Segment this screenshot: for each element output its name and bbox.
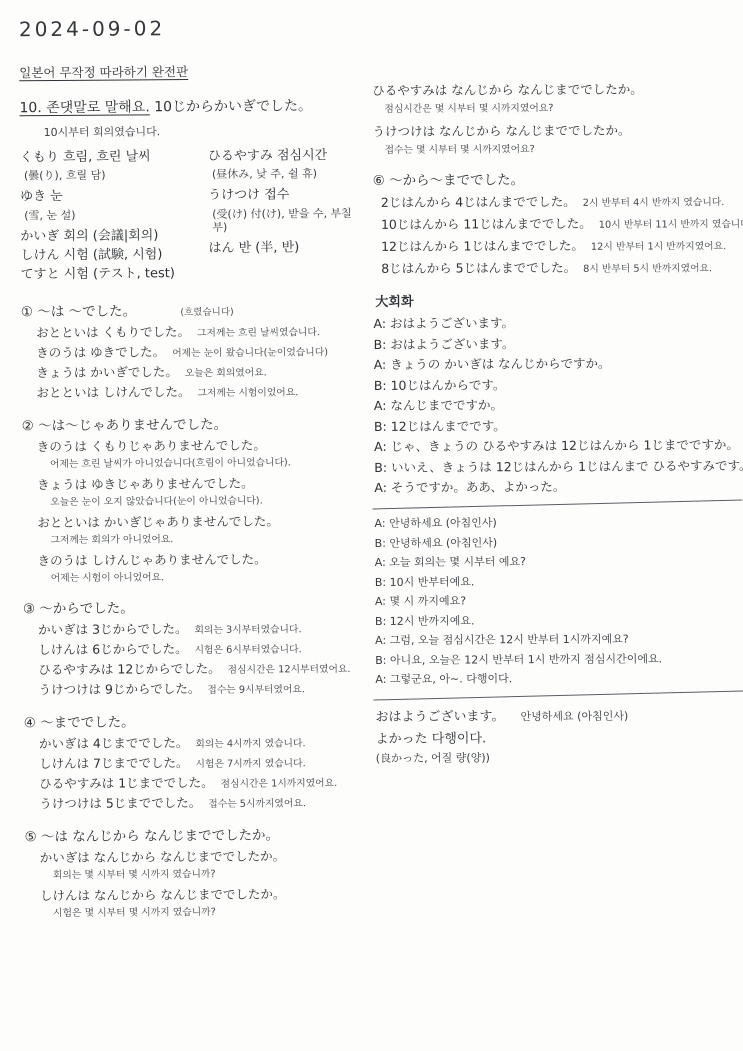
jp-sentence: しけんは 6じからでした。: [38, 639, 187, 658]
jp-sentence: きのうは しけんじゃありませんでした。: [38, 548, 371, 568]
jp-sentence: かいぎは 3じからでした。: [38, 619, 187, 638]
jp-sentence: きょうは かいぎでした。: [36, 362, 178, 381]
ko-translation: 점심시간은 몇 시부터 몇 시까지였어요?: [384, 99, 734, 115]
vocab-word: うけつけ 접수: [208, 187, 368, 204]
vocab-note: (昼休み, 낮 주, 쉴 휴): [212, 167, 368, 181]
jp-sentence: ひるやすみは 12じからでした。: [38, 658, 220, 677]
ko-translation: 접수는 몇 시부터 몇 시까지였어요?: [385, 140, 735, 156]
divider-line: [372, 499, 742, 509]
vocab-note: (受(け) 付(け), 받을 수, 부칠 부): [212, 206, 368, 233]
example-line: うけつけは 9じからでした。 접수는 9시부터였어요.: [38, 677, 371, 697]
ko-translation: 접수는 5시까지였어요.: [208, 795, 306, 810]
ko-translation: 어제는 눈이 왔습니다(눈이었습니다): [172, 344, 328, 359]
jp-sentence: きょうは ゆきじゃありませんでした。: [37, 472, 370, 492]
vocab-word: ひるやすみ 점심시간: [208, 148, 368, 165]
example-line: おとといは くもりでした。 그저께는 흐린 날씨였습니다.: [36, 320, 369, 340]
dialogue-line: B: おはようございます。: [374, 333, 736, 353]
jp-sentence: うけつけは 9じからでした。: [38, 679, 200, 698]
jp-sentence: おとといは かいぎじゃありませんでした。: [37, 510, 370, 530]
jp-sentence: ひるやすみは なんじから なんじまででしたか。: [372, 79, 734, 99]
ko-translation: 시험은 6시부터였습니다.: [195, 641, 302, 656]
jp-sentence: うけつけは 5じまででした。: [39, 793, 201, 812]
vocabulary-block: くもり 흐림, 흐린 날씨 (曇(り), 흐릴 담) ゆき 눈 (雪, 눈 설)…: [20, 148, 369, 287]
vocab-word: くもり 흐림, 흐린 날씨: [20, 149, 198, 166]
dialogue-line: A: きょうの かいぎは なんじからですか。: [374, 353, 736, 373]
ko-translation: 오늘은 회의였어요.: [185, 364, 267, 379]
example-line: うけつけは 5じまででした。 접수는 5시까지였어요.: [39, 791, 372, 811]
section-5-continued: ひるやすみは なんじから なんじまででしたか。 점심시간은 몇 시부터 몇 시까…: [372, 79, 734, 156]
dialogue-line: A: 그럼, 오늘 점심시간은 12시 반부터 1시까지예요?: [375, 630, 737, 648]
ko-translation: 시험은 몇 시부터 몇 시까지 였습니까?: [53, 902, 373, 918]
dialogue-line: B: 안녕하세요 (아침인사): [375, 533, 737, 551]
lesson-title-japanese: 10じからかいぎでした。: [154, 98, 312, 115]
divider-line: [373, 690, 743, 700]
ko-translation: 접수는 9시부터였어요.: [207, 681, 305, 696]
ko-translation: 8시 반부터 5시 반까지였어요.: [583, 260, 712, 275]
ko-translation: 어제는 흐린 날씨가 아니었습니다(흐림이 아니었습니다).: [50, 453, 370, 469]
section-1-title: ① ～は ～でした。 (흐렸습니다): [21, 297, 369, 319]
section-4-title: ④ ～まででした。: [24, 708, 372, 730]
example-line: おとといは しけんでした。 그저께는 시험이었어요.: [36, 380, 369, 400]
dialogue-line: A: そうですか。ああ、よかった。: [374, 476, 736, 496]
example-line: 2じはんから 4じはんまででした。 2시 반부터 4시 반까지 였습니다.: [381, 191, 735, 211]
dialogue-line: B: いいえ、きょうは 12じはんから 1じはんまで ひるやすみです。: [374, 456, 736, 476]
ko-translation: 회의는 3시부터였습니다.: [194, 621, 301, 636]
example-line: 8じはんから 5じはんまででした。 8시 반부터 5시 반까지였어요.: [381, 257, 735, 277]
vocab-word: ゆき 눈: [20, 188, 198, 205]
dialogue-line: B: 12じはんまでです。: [374, 415, 736, 435]
dialogue-line: A: 오늘 회의는 몇 시부터 예요?: [375, 552, 737, 570]
vocab-list-left: くもり 흐림, 흐린 날씨 (曇(り), 흐릴 담) ゆき 눈 (雪, 눈 설)…: [20, 149, 199, 287]
ko-translation: 어제는 시험이 아니었어요.: [51, 567, 371, 583]
section-1-annotation: (흐렸습니다): [180, 306, 233, 317]
footer-line: (良かった, 어질 량(양)): [376, 748, 738, 766]
footer-line: おはようございます。 안녕하세요 (아침인사): [375, 704, 737, 725]
dialogue-line: A: じゃ、きょうの ひるやすみは 12じはんから 1じまでですか。: [374, 435, 736, 455]
hanja-note: (良かった, 어질 량(양)): [376, 749, 490, 766]
jp-sentence: きのうは くもりじゃありませんでした。: [37, 434, 370, 454]
example-line: きのうは ゆきでした。 어제는 눈이 왔습니다(눈이었습니다): [36, 340, 369, 360]
example-line: きょうは かいぎでした。 오늘은 회의였어요.: [36, 360, 369, 380]
section-6-from-until: ⑥ ～から～まででした。 2じはんから 4じはんまででした。 2시 반부터 4시…: [373, 167, 736, 277]
dialogue-japanese: A: おはようございます。 B: おはようございます。 A: きょうの かいぎは…: [373, 312, 736, 496]
vocab-note: (雪, 눈 설): [24, 208, 198, 222]
vocab-word: しけん 시험 (試験, 시험): [20, 247, 198, 264]
ko-translation: 그저께는 흐린 날씨였습니다.: [197, 324, 320, 339]
section-3-from-time: ③ ～からでした。 かいぎは 3じからでした。 회의는 3시부터였습니다. しけ…: [23, 594, 372, 697]
ko-translation: 2시 반부터 4시 반까지 였습니다.: [583, 194, 725, 209]
example-line: ひるやすみは 12じからでした。 점심시간은 12시부터였어요.: [38, 657, 371, 677]
handwritten-note-page: 2024-09-02 일본어 무작정 따라하기 완전판 10. 존댓말로 말해요…: [0, 0, 743, 1051]
ko-translation: 회의는 4시까지 였습니다.: [195, 735, 305, 750]
jp-sentence: しけんは なんじから なんじまででしたか。: [40, 883, 373, 903]
jp-sentence: 2じはんから 4じはんまででした。: [381, 192, 576, 211]
example-line: かいぎは 3じからでした。 회의는 3시부터였습니다.: [38, 617, 371, 637]
dialogue-line: A: 그렇군요, 아~. 다행이다.: [375, 669, 737, 687]
ko-translation: 점심시간은 12시부터였어요.: [228, 661, 351, 676]
ko-translation: 안녕하세요 (아침인사): [520, 708, 628, 725]
jp-phrase: よかった 다행이다.: [376, 727, 487, 747]
example-line: ひるやすみは 1じまででした。 점심시간은 1시까지였어요.: [39, 771, 372, 791]
ko-translation: 10시 반부터 11시 반까지 였습니다.: [599, 216, 743, 231]
footer-line: よかった 다행이다.: [376, 726, 738, 747]
jp-sentence: しけんは 7じまででした。: [39, 753, 189, 772]
dialogue-heading: 大회화: [375, 289, 735, 310]
lesson-title-korean: 10. 존댓말로 말해요.: [19, 99, 149, 116]
dialogue-line: A: おはようございます。: [373, 312, 735, 332]
ko-translation: 오늘은 눈이 오지 않았습니다(눈이 아니었습니다).: [50, 491, 370, 507]
example-line: 12じはんから 1じはんまででした。 12시 반부터 1시 반까지였어요.: [381, 235, 735, 255]
section-2-negative-past: ② ～は～じゃありませんでした。 きのうは くもりじゃありませんでした。 어제는…: [22, 411, 371, 583]
jp-sentence: きのうは ゆきでした。: [36, 342, 165, 361]
dialogue-line: B: 아니요, 오늘은 12시 반부터 1시 반까지 점심시간이에요.: [375, 650, 737, 668]
section-6-title: ⑥ ～から～まででした。: [373, 167, 735, 189]
section-5-question: ⑤ ～は なんじから なんじまででしたか。 かいぎは なんじから なんじまででし…: [24, 822, 373, 918]
section-2-title: ② ～は～じゃありませんでした。: [22, 411, 370, 433]
ko-translation: 점심시간은 1시까지였어요.: [221, 775, 338, 790]
section-3-title: ③ ～からでした。: [23, 594, 371, 616]
section-5-title: ⑤ ～は なんじから なんじまででしたか。: [24, 822, 372, 844]
example-line: しけんは 6じからでした。 시험은 6시부터였습니다.: [38, 637, 371, 657]
jp-sentence: おとといは しけんでした。: [36, 382, 190, 401]
jp-sentence: 8じはんから 5じはんまででした。: [381, 258, 576, 277]
jp-sentence: うけつけは なんじから なんじまででしたか。: [372, 120, 734, 140]
ko-translation: 시험은 7시까지 였습니다.: [195, 755, 305, 770]
dialogue-line: A: 몇 시 까지예요?: [375, 591, 737, 609]
right-column: ひるやすみは なんじから なんじまででしたか。 점심시간은 몇 시부터 몇 시까…: [372, 77, 738, 769]
jp-sentence: ひるやすみは 1じまででした。: [39, 773, 214, 792]
jp-sentence: かいぎは 4じまででした。: [39, 733, 189, 752]
dialogue-korean: A: 안녕하세요 (아침인사) B: 안녕하세요 (아침인사) A: 오늘 회의…: [374, 513, 737, 687]
example-line: 10じはんから 11じはんまででした。 10시 반부터 11시 반까지 였습니다…: [381, 213, 735, 233]
ko-translation: 그저께는 시험이었어요.: [197, 384, 298, 399]
jp-phrase: おはようございます。: [375, 705, 504, 725]
example-line: かいぎは 4じまででした。 회의는 4시까지 였습니다.: [39, 731, 372, 751]
jp-sentence: 12じはんから 1じはんまででした。: [381, 236, 584, 255]
lesson-translation: 10시부터 회의였습니다.: [44, 122, 368, 140]
jp-sentence: かいぎは なんじから なんじまででしたか。: [40, 845, 373, 865]
section-4-until-time: ④ ～まででした。 かいぎは 4じまででした。 회의는 4시까지 였습니다. し…: [24, 708, 373, 811]
jp-sentence: おとといは くもりでした。: [36, 322, 190, 341]
book-title: 일본어 무작정 따라하기 완전판: [19, 62, 188, 81]
date: 2024-09-02: [19, 15, 367, 41]
vocab-note: (曇(り), 흐릴 담): [24, 168, 198, 182]
ko-translation: 12시 반부터 1시 반까지였어요.: [591, 238, 726, 253]
dialogue-line: B: 10시 반부터예요.: [375, 572, 737, 590]
left-column: 2024-09-02 일본어 무작정 따라하기 완전판 10. 존댓말로 말해요…: [19, 15, 373, 924]
ko-translation: 그저께는 회의가 아니었어요.: [50, 529, 370, 545]
example-line: しけんは 7じまででした。 시험은 7시까지 였습니다.: [39, 751, 372, 771]
vocab-word: はん 반 (半, 반): [208, 240, 368, 257]
jp-sentence: 10じはんから 11じはんまででした。: [381, 214, 592, 233]
dialogue-line: B: 10じはんからです。: [374, 374, 736, 394]
vocab-word: てすと 시험 (テスト, test): [21, 266, 199, 283]
vocab-word: かいぎ 회의 (会議|회의): [20, 228, 198, 245]
lesson-title: 10. 존댓말로 말해요. 10じからかいぎでした。: [19, 95, 367, 117]
vocab-list-right: ひるやすみ 점심시간 (昼休み, 낮 주, 쉴 휴) うけつけ 접수 (受(け)…: [208, 148, 369, 286]
dialogue-line: A: 안녕하세요 (아침인사): [374, 513, 736, 531]
footer-notes: おはようございます。 안녕하세요 (아침인사) よかった 다행이다. (良かった…: [375, 704, 737, 766]
section-1-past-tense: ① ～は ～でした。 (흐렸습니다) おとといは くもりでした。 그저께는 흐린…: [21, 297, 370, 400]
ko-translation: 회의는 몇 시부터 몇 시까지 였습니까?: [53, 864, 373, 880]
dialogue-line: A: なんじまでですか。: [374, 394, 736, 414]
dialogue-line: B: 12시 반까지예요.: [375, 611, 737, 629]
